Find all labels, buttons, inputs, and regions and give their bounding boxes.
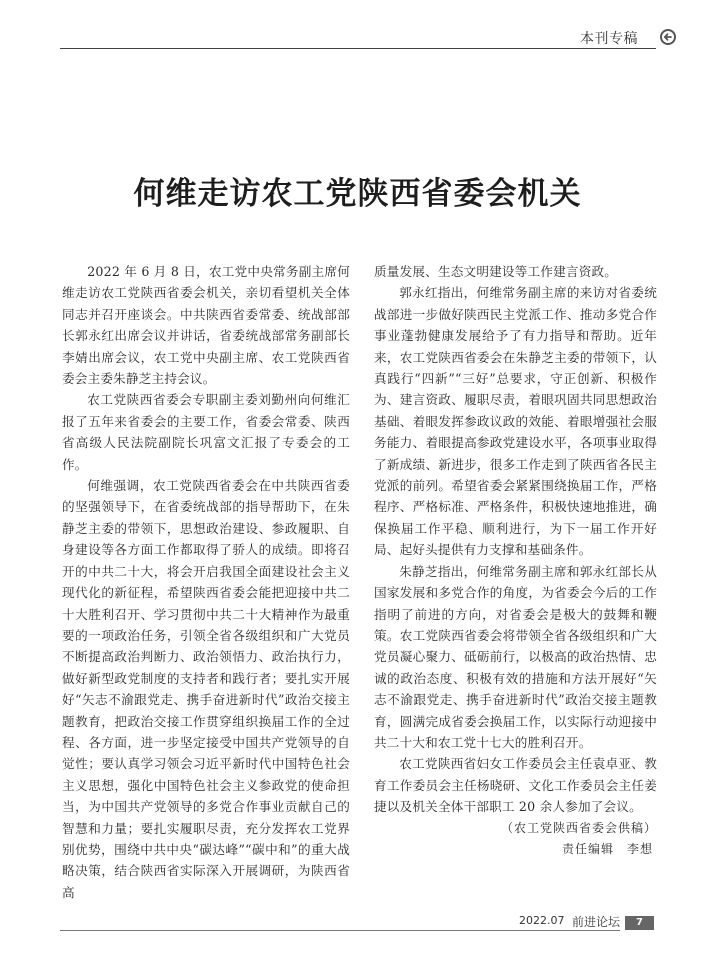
section-label: 本刊专稿 [580, 28, 638, 48]
article-editor: 责任编辑 李想 [374, 839, 657, 860]
right-column: 质量发展、生态文明建设等工作建言资政。 郭永红指出，何维常务副主席的来访对省委统… [374, 261, 657, 860]
paragraph-zhu-jingzhi-remarks: 朱静芝指出，何维常务副主席和郭永红部长从国家发展和多党合作的角度，为省委会今后的… [374, 561, 657, 754]
back-arrow-circle-icon [660, 29, 676, 45]
paragraph-attendees: 农工党陕西省妇女工作委员会主任袁卓亚、教育工作委员会主任杨晓研、文化工作委员会主… [374, 753, 657, 817]
paragraph-intro: 2022 年 6 月 8 日，农工党中央常务副主席何维走访农工党陕西省委会机关，… [62, 261, 350, 389]
footer-journal-name: 前进论坛 [572, 913, 620, 930]
header-rule [60, 48, 656, 49]
paragraph-report: 农工党陕西省委会专职副主委刘勤州向何维汇报了五年来省委会的主要工作，省委会常委、… [62, 389, 350, 475]
footer-date: 2022.07 [519, 914, 565, 927]
article-title: 何维走访农工党陕西省委会机关 [0, 168, 715, 213]
arrow-left-icon [663, 32, 673, 42]
paragraph-guo-yonghong-remarks: 郭永红指出，何维常务副主席的来访对省委统战部进一步做好陕西民主党派工作、推动多党… [374, 282, 657, 560]
left-column: 2022 年 6 月 8 日，农工党中央常务副主席何维走访农工党陕西省委会机关，… [62, 261, 350, 903]
paragraph-he-wei-remarks: 何维强调，农工党陕西省委会在中共陕西省委的坚强领导下，在省委统战部的指导帮助下，… [62, 475, 350, 903]
page-number-badge: 7 [625, 916, 654, 930]
footer-rule [60, 930, 620, 931]
article-source: （农工党陕西省委会供稿） [374, 818, 657, 839]
paragraph-continuation: 质量发展、生态文明建设等工作建言资政。 [374, 261, 657, 282]
